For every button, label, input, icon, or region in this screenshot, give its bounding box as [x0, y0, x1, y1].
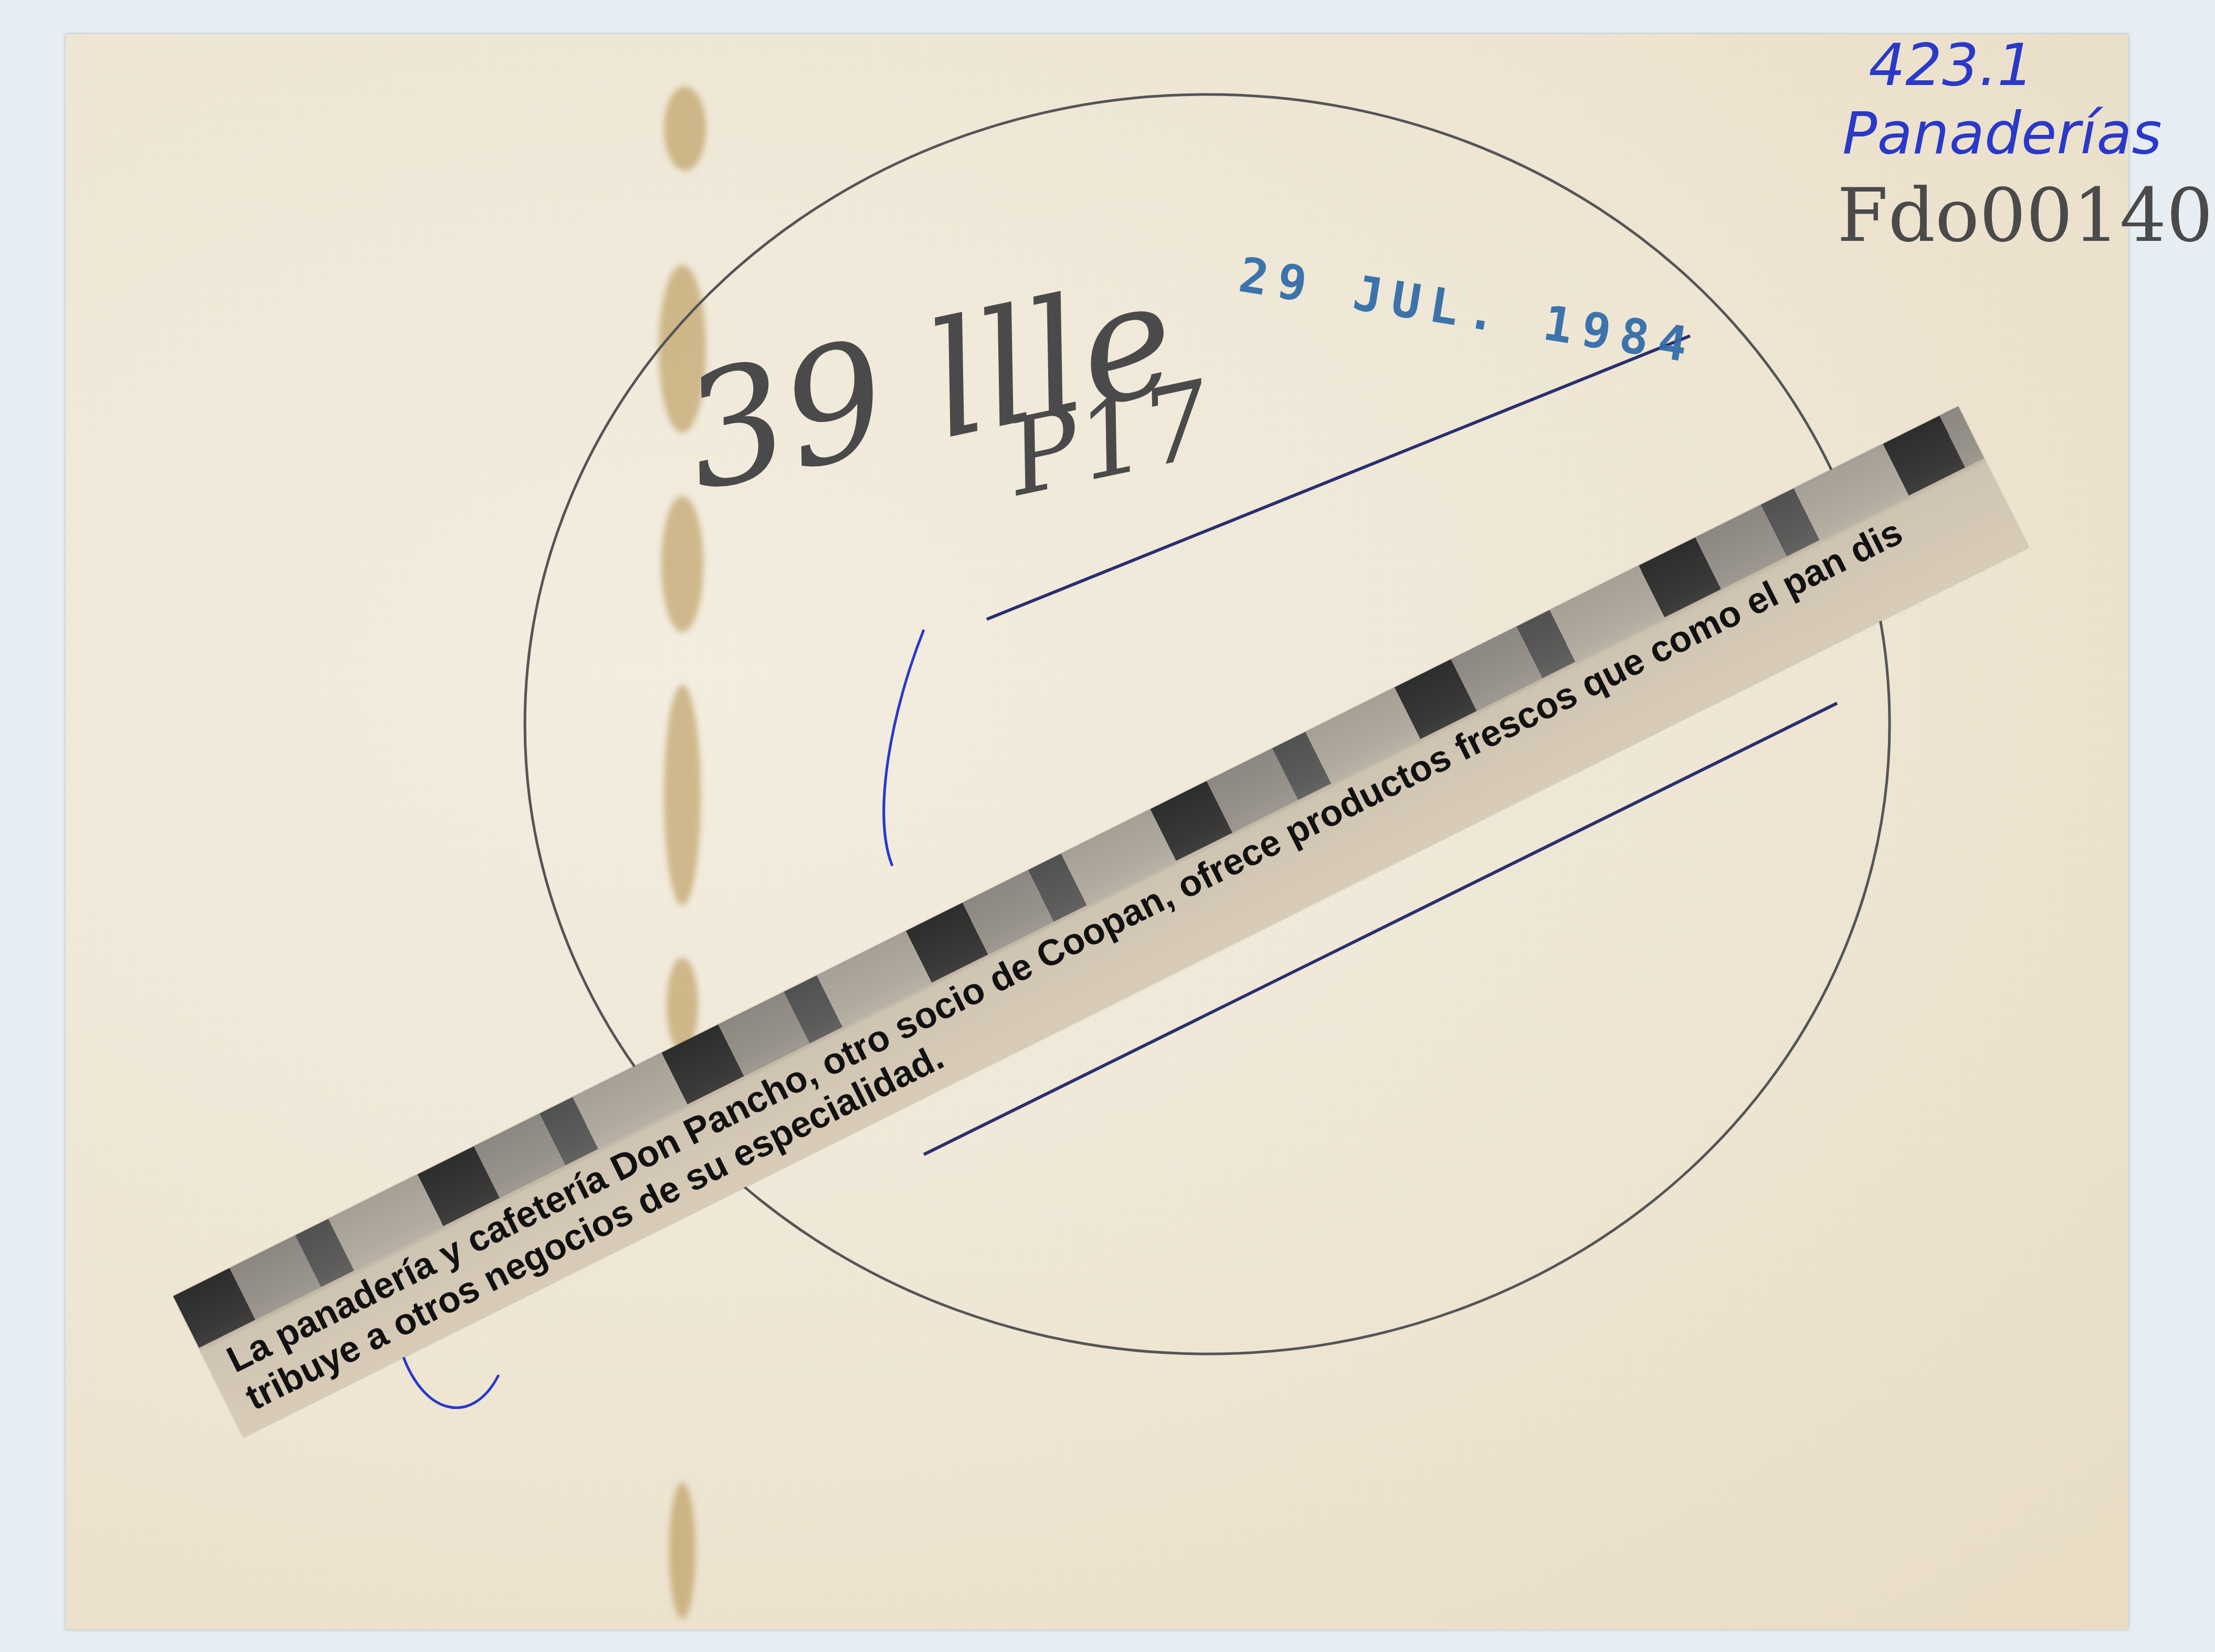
catalog-number: 423.1: [1869, 31, 2034, 99]
ink-loop: [884, 630, 924, 866]
category-label: Panaderías: [1842, 100, 2162, 167]
archive-id: Fdo0014005: [1837, 173, 2215, 259]
ink-loop: [399, 1343, 499, 1408]
